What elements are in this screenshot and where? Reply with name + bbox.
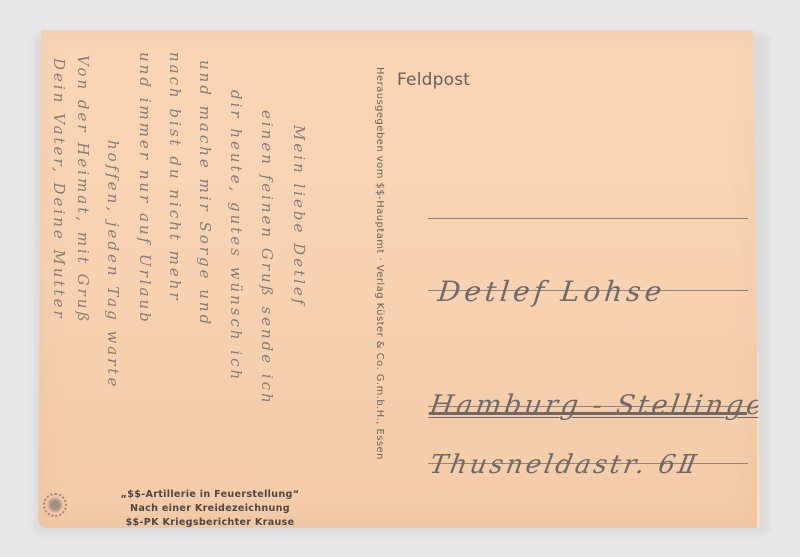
recipient-street: Thusneldastr. 6Ⅱ [427,450,701,480]
letter-line: hoffen, jeden Tag warte [104,140,122,389]
recipient-name: Detlef Lohse [436,275,667,308]
letter-line: Dein Vater, Deine Mutter [50,58,68,321]
publisher-seal-icon: publisher-seal [43,493,67,517]
feldpost-heading: Feldpost [397,70,470,90]
feldpost-card: Mein liebe Detlef einen feinen Gruß send… [38,30,760,528]
letter-line: und mache mir Sorge und [196,60,214,327]
caption-subtitle: Nach einer Kreidezeichnung [110,502,310,516]
caption-credit: $$-PK Kriegsberichter Krause [110,516,310,530]
address-rule-1 [428,218,748,219]
artwork-caption: „$$-Artillerie in Feuerstellung“ Nach ei… [110,488,310,530]
caption-title: „$$-Artillerie in Feuerstellung“ [110,488,310,502]
letter-line: dir heute, gutes wünsch ich [227,90,245,382]
letter-line: Von der Heimat, mit Gruß [74,55,92,324]
recipient-city: Hamburg - Stellingen [428,390,788,421]
publisher-imprint: Herausgegeben vom $$-Hauptamt · Verlag K… [367,67,385,517]
letter-line: und immer nur auf Urlaub [136,52,154,325]
letter-line: einen feinen Gruß sende ich [258,110,276,406]
letter-line: nach bist du nicht mehr [166,52,184,303]
letter-line: Mein liebe Detlef [290,125,308,307]
